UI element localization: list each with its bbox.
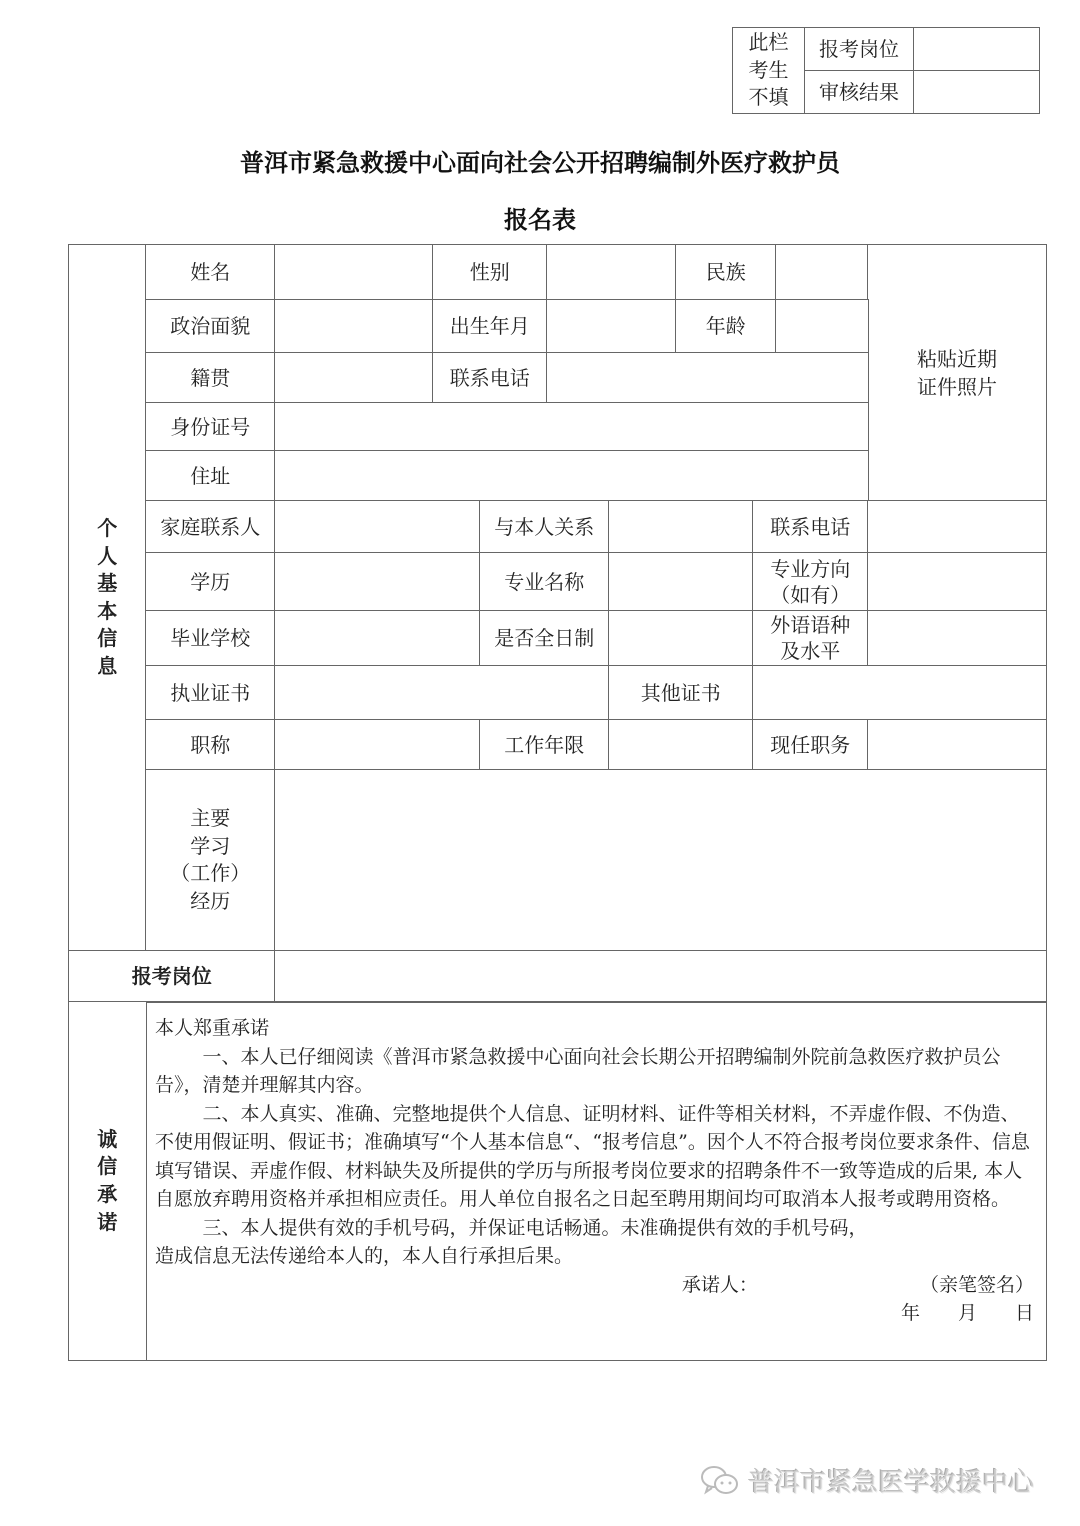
current-position-field[interactable]	[867, 719, 1047, 771]
office-use-side-label: 此栏 考生 不填	[732, 27, 805, 114]
age-label: 年龄	[675, 299, 777, 354]
full-time-label: 是否全日制	[479, 610, 610, 667]
pledge-item-3-line-2: 造成信息无法传递给本人的，本人自行承担后果。	[155, 1242, 1034, 1271]
signature-note: （亲笔签名）	[920, 1274, 1034, 1296]
pledge-item-3-line-1: 三、本人提供有效的手机号码，并保证电话畅通。未准确提供有效的手机号码，	[155, 1214, 1034, 1243]
office-position-field[interactable]	[913, 27, 1040, 71]
other-certs-label: 其他证书	[608, 665, 754, 721]
section-label-personal-info: 个 人 基 本 信 息	[68, 244, 147, 952]
pledge-text: 本人郑重承诺 一、本人已仔细阅读《普洱市紧急救援中心面向社会长期公开招聘编制外院…	[145, 1001, 1047, 1361]
family-contact-label: 家庭联系人	[145, 500, 276, 554]
school-label: 毕业学校	[145, 610, 276, 667]
watermark: 普洱市紧急医学救援中心	[700, 1462, 1034, 1499]
experience-field[interactable]	[274, 769, 1047, 952]
form-title: 普洱市紧急救援中心面向社会公开招聘编制外医疗救护员	[0, 143, 1080, 178]
signer-label: 承诺人：	[682, 1274, 758, 1296]
foreign-language-field[interactable]	[867, 610, 1047, 667]
phone-label: 联系电话	[432, 352, 548, 404]
family-phone-field[interactable]	[867, 500, 1047, 554]
native-place-label: 籍贯	[145, 352, 276, 404]
address-label: 住址	[145, 450, 276, 502]
office-review-result-field[interactable]	[913, 70, 1040, 115]
name-label: 姓名	[145, 244, 276, 301]
birth-date-field[interactable]	[546, 299, 677, 354]
phone-field[interactable]	[546, 352, 869, 404]
position-label: 报考岗位	[68, 950, 276, 1003]
work-years-field[interactable]	[608, 719, 754, 771]
pledge-heading: 本人郑重承诺	[155, 1014, 1034, 1043]
relationship-field[interactable]	[608, 500, 754, 554]
watermark-text: 普洱市紧急医学救援中心	[748, 1462, 1034, 1499]
pledge-item-2: 二、本人真实、准确、完整地提供个人信息、证明材料、证件等相关材料，不弄虚作假、不…	[155, 1100, 1034, 1214]
pledge-item-1: 一、本人已仔细阅读《普洱市紧急救援中心面向社会长期公开招聘编制外院前急救医疗救护…	[155, 1043, 1034, 1100]
name-field[interactable]	[274, 244, 434, 301]
education-label: 学历	[145, 552, 276, 612]
title-label: 职称	[145, 719, 276, 771]
other-certs-field[interactable]	[752, 665, 1047, 721]
full-time-field[interactable]	[608, 610, 754, 667]
major-field[interactable]	[608, 552, 754, 612]
school-field[interactable]	[274, 610, 481, 667]
ethnicity-label: 民族	[675, 244, 777, 301]
specialization-label: 专业方向 （如有）	[752, 552, 869, 612]
title-field[interactable]	[274, 719, 481, 771]
foreign-language-label: 外语语种 及水平	[752, 610, 869, 667]
current-position-label: 现任职务	[752, 719, 869, 771]
relationship-label: 与本人关系	[479, 500, 610, 554]
work-years-label: 工作年限	[479, 719, 610, 771]
major-label: 专业名称	[479, 552, 610, 612]
address-field[interactable]	[274, 450, 869, 502]
family-phone-label: 联系电话	[752, 500, 869, 554]
political-status-label: 政治面貌	[145, 299, 276, 354]
section-label-integrity-pledge: 诚 信 承 诺	[68, 1001, 147, 1361]
license-label: 执业证书	[145, 665, 276, 721]
native-place-field[interactable]	[274, 352, 434, 404]
position-field[interactable]	[274, 950, 1047, 1003]
license-field[interactable]	[274, 665, 610, 721]
ethnicity-field[interactable]	[775, 244, 869, 301]
id-number-label: 身份证号	[145, 402, 276, 452]
wechat-icon	[700, 1465, 740, 1497]
age-field[interactable]	[775, 299, 869, 354]
office-review-result-label: 审核结果	[804, 70, 915, 115]
birth-date-label: 出生年月	[432, 299, 548, 354]
specialization-field[interactable]	[867, 552, 1047, 612]
gender-field[interactable]	[546, 244, 677, 301]
gender-label: 性别	[432, 244, 548, 301]
signature-line: 承诺人： （亲笔签名）	[155, 1271, 1034, 1300]
family-contact-field[interactable]	[274, 500, 481, 554]
experience-label: 主要 学习 （工作） 经历	[145, 769, 276, 952]
photo-placeholder[interactable]: 粘贴近期 证件照片	[867, 244, 1047, 502]
office-position-label: 报考岗位	[804, 27, 915, 71]
date-line[interactable]: 年 月 日	[155, 1299, 1034, 1328]
id-number-field[interactable]	[274, 402, 869, 452]
education-field[interactable]	[274, 552, 481, 612]
form-subtitle: 报名表	[0, 200, 1080, 235]
political-status-field[interactable]	[274, 299, 434, 354]
